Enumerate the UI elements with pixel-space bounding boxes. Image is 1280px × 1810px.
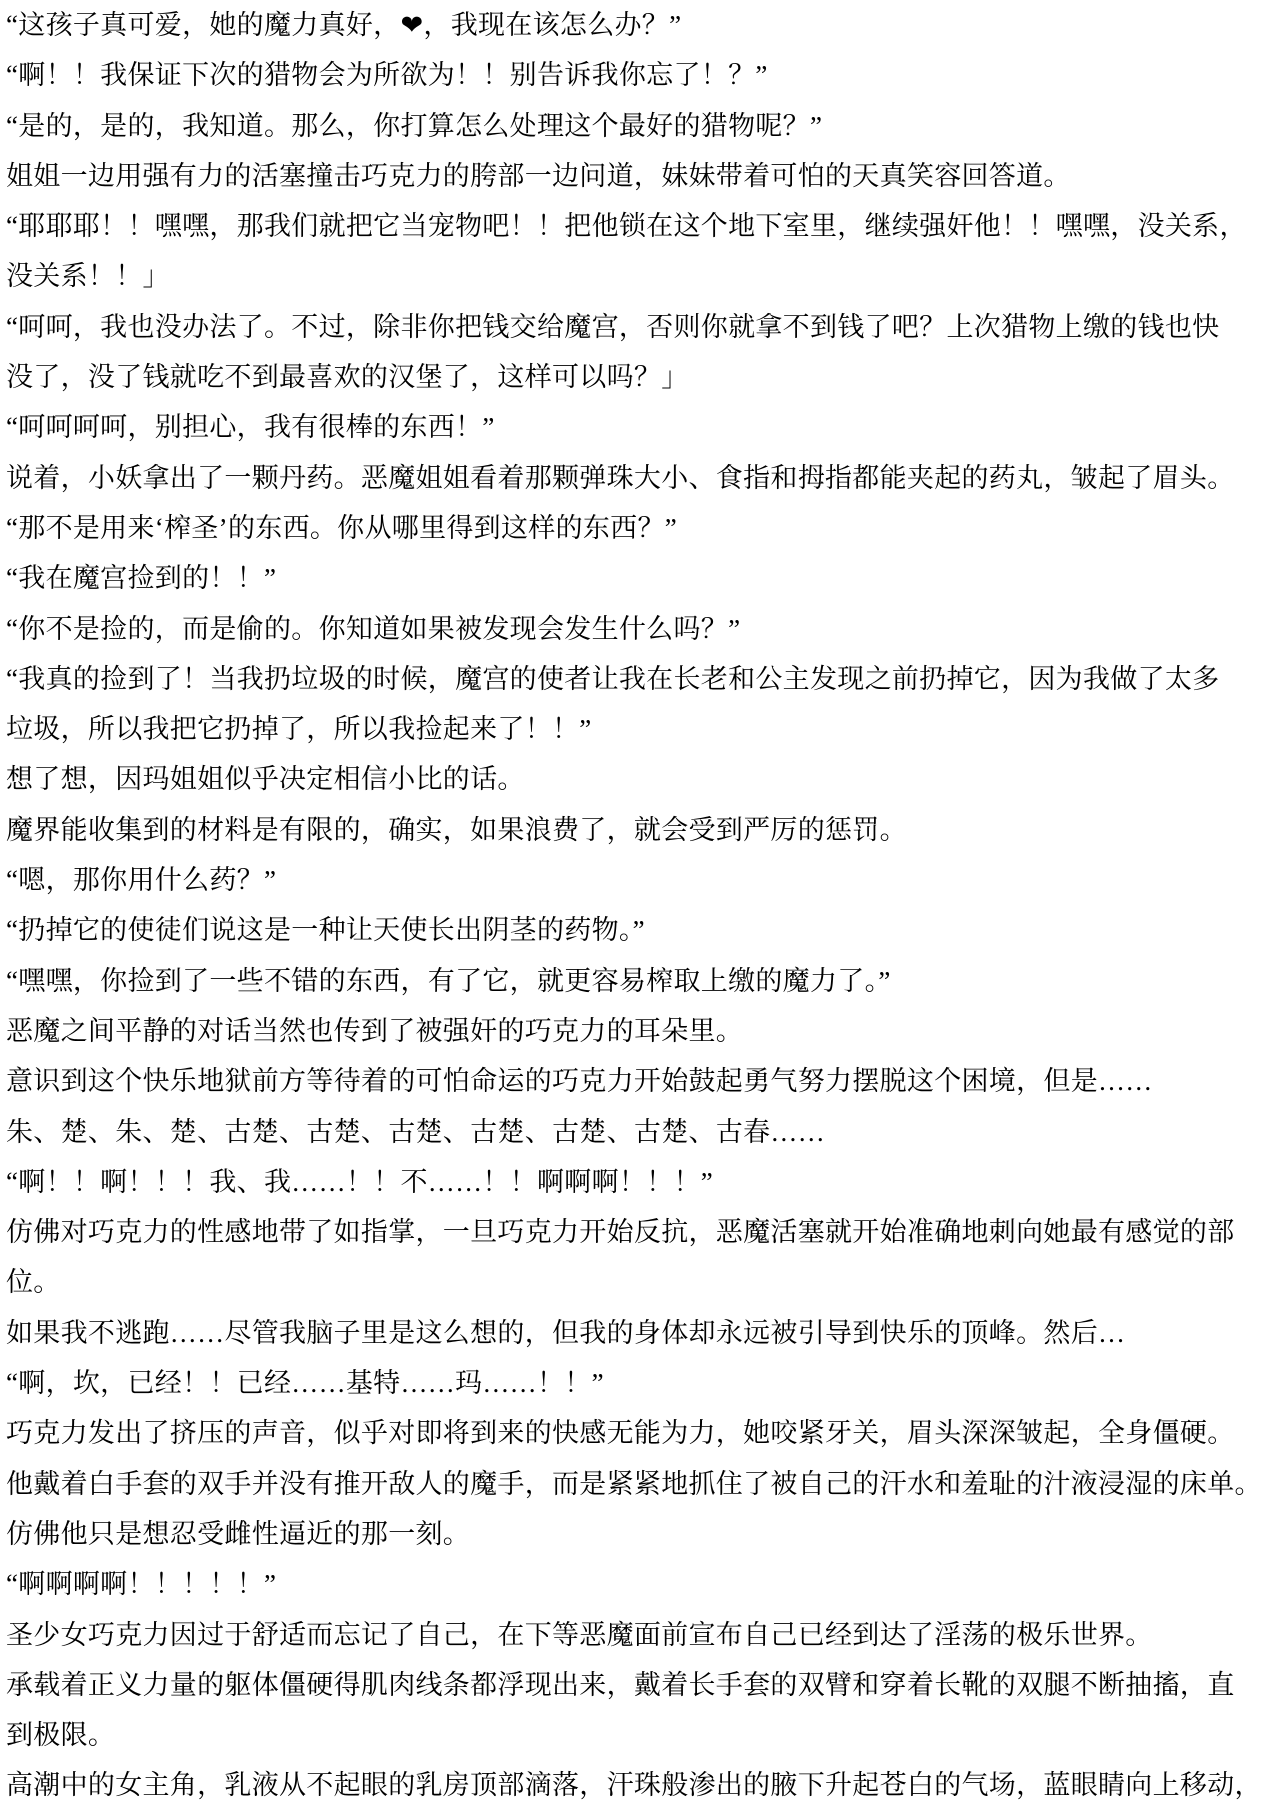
text-line: 圣少女巧克力因过于舒适而忘记了自己，在下等恶魔面前宣布自己已经到达了淫荡的极乐世…	[6, 1610, 1275, 1660]
text-line: “啊，坎，已经！！已经……基特……玛……！！”	[6, 1358, 1275, 1408]
text-line: “你不是捡的，而是偷的。你知道如果被发现会发生什么吗？”	[6, 604, 1275, 654]
text-line: 意识到这个快乐地狱前方等待着的可怕命运的巧克力开始鼓起勇气努力摆脱这个困境，但是…	[6, 1056, 1275, 1106]
text-line: 仿佛对巧克力的性感地带了如指掌，一旦巧克力开始反抗，恶魔活塞就开始准确地刺向她最…	[6, 1207, 1275, 1257]
text-line: “嗯，那你用什么药？”	[6, 855, 1275, 905]
text-line: 朱、楚、朱、楚、古楚、古楚、古楚、古楚、古楚、古楚、古春……	[6, 1107, 1275, 1157]
text-line: 没关系！！」	[6, 251, 1275, 301]
text-line: “啊！！我保证下次的猎物会为所欲为！！别告诉我你忘了！？”	[6, 50, 1275, 100]
text-line: “呵呵，我也没办法了。不过，除非你把钱交给魔宫，否则你就拿不到钱了吧？上次猎物上…	[6, 302, 1275, 352]
text-line: 他戴着白手套的双手并没有推开敌人的魔手，而是紧紧地抓住了被自己的汗水和羞耻的汁液…	[6, 1459, 1275, 1509]
text-line: “啊！！啊！！！我、我……！！不……！！啊啊啊！！！”	[6, 1157, 1275, 1207]
text-line: 想了想，因玛姐姐似乎决定相信小比的话。	[6, 754, 1275, 804]
text-line: “嘿嘿，你捡到了一些不错的东西，有了它，就更容易榨取上缴的魔力了。”	[6, 956, 1275, 1006]
text-line: “是的，是的，我知道。那么，你打算怎么处理这个最好的猎物呢？”	[6, 101, 1275, 151]
text-line: 如果我不逃跑……尽管我脑子里是这么想的，但我的身体却永远被引导到快乐的顶峰。然后…	[6, 1308, 1275, 1358]
text-line: “那不是用来‘榨圣’的东西。你从哪里得到这样的东西？”	[6, 503, 1275, 553]
text-line: “我真的捡到了！当我扔垃圾的时候，魔宫的使者让我在长老和公主发现之前扔掉它，因为…	[6, 654, 1275, 704]
text-line: “扔掉它的使徒们说这是一种让天使长出阴茎的药物。”	[6, 905, 1275, 955]
text-line: 巧克力发出了挤压的声音，似乎对即将到来的快感无能为力，她咬紧牙关，眉头深深皱起，…	[6, 1408, 1275, 1458]
text-line: 没了，没了钱就吃不到最喜欢的汉堡了，这样可以吗？」	[6, 352, 1275, 402]
text-line: 到极限。	[6, 1710, 1275, 1760]
text-line: “呵呵呵呵，别担心，我有很棒的东西！”	[6, 402, 1275, 452]
text-line: 恶魔之间平静的对话当然也传到了被强奸的巧克力的耳朵里。	[6, 1006, 1275, 1056]
text-line: 垃圾，所以我把它扔掉了，所以我捡起来了！！”	[6, 704, 1275, 754]
text-line: 高潮中的女主角，乳液从不起眼的乳房顶部滴落，汗珠般渗出的腋下升起苍白的气场，蓝眼…	[6, 1760, 1275, 1810]
text-line: “啊啊啊啊！！！！！”	[6, 1559, 1275, 1609]
text-line: 仿佛他只是想忍受雌性逼近的那一刻。	[6, 1509, 1275, 1559]
text-line: “这孩子真可爱，她的魔力真好，❤，我现在该怎么办？”	[6, 0, 1275, 50]
text-line: “耶耶耶！！嘿嘿，那我们就把它当宠物吧！！把他锁在这个地下室里，继续强奸他！！嘿…	[6, 201, 1275, 251]
text-line: 魔界能收集到的材料是有限的，确实，如果浪费了，就会受到严厉的惩罚。	[6, 805, 1275, 855]
text-line: 位。	[6, 1257, 1275, 1307]
text-line: “我在魔宫捡到的！！”	[6, 553, 1275, 603]
text-line: 说着，小妖拿出了一颗丹药。恶魔姐姐看着那颗弹珠大小、食指和拇指都能夹起的药丸，皱…	[6, 453, 1275, 503]
document-page: “这孩子真可爱，她的魔力真好，❤，我现在该怎么办？” “啊！！我保证下次的猎物会…	[0, 0, 1280, 1810]
text-line: 承载着正义力量的躯体僵硬得肌肉线条都浮现出来，戴着长手套的双臂和穿着长靴的双腿不…	[6, 1660, 1275, 1710]
text-line: 姐姐一边用强有力的活塞撞击巧克力的胯部一边问道，妹妹带着可怕的天真笑容回答道。	[6, 151, 1275, 201]
